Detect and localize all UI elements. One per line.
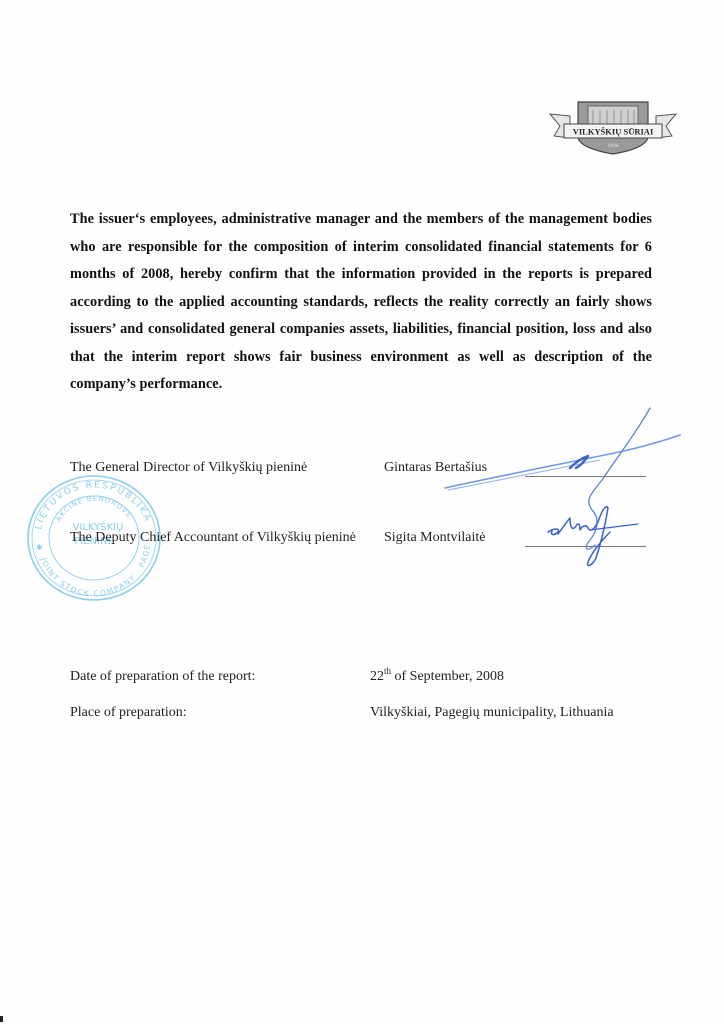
handwritten-signatures-icon <box>430 400 690 580</box>
place-of-preparation-label: Place of preparation: <box>70 705 187 721</box>
svg-text:VILKYŠKIŲ SŪRIAI: VILKYŠKIŲ SŪRIAI <box>573 127 654 137</box>
svg-text:1934: 1934 <box>608 143 619 149</box>
svg-text:✱: ✱ <box>36 543 43 552</box>
date-suffix: th <box>384 666 391 676</box>
scan-artifact <box>0 1016 3 1022</box>
place-of-preparation-value: Vilkyškiai, Pagegių municipality, Lithua… <box>370 705 614 721</box>
date-of-preparation-label: Date of preparation of the report: <box>70 669 255 685</box>
date-day: 22 <box>370 669 384 684</box>
signatory-role: The General Director of Vilkyškių pienin… <box>70 460 307 476</box>
date-of-preparation-value: 22th of September, 2008 <box>370 669 504 685</box>
document-page: VILKYŠKIŲ SŪRIAI 1934 The issuer‘s emplo… <box>0 0 724 1024</box>
date-month-year: of September, 2008 <box>391 669 504 684</box>
svg-text:AKCINĖ BENDROVĖ: AKCINĖ BENDROVĖ <box>55 495 134 523</box>
vilkyskiu-suriai-logo-icon: VILKYŠKIŲ SŪRIAI 1934 <box>548 96 678 156</box>
signatory-role: The Deputy Chief Accountant of Vilkyškių… <box>70 530 356 546</box>
declaration-paragraph: The issuer‘s employees, administrative m… <box>70 206 652 399</box>
